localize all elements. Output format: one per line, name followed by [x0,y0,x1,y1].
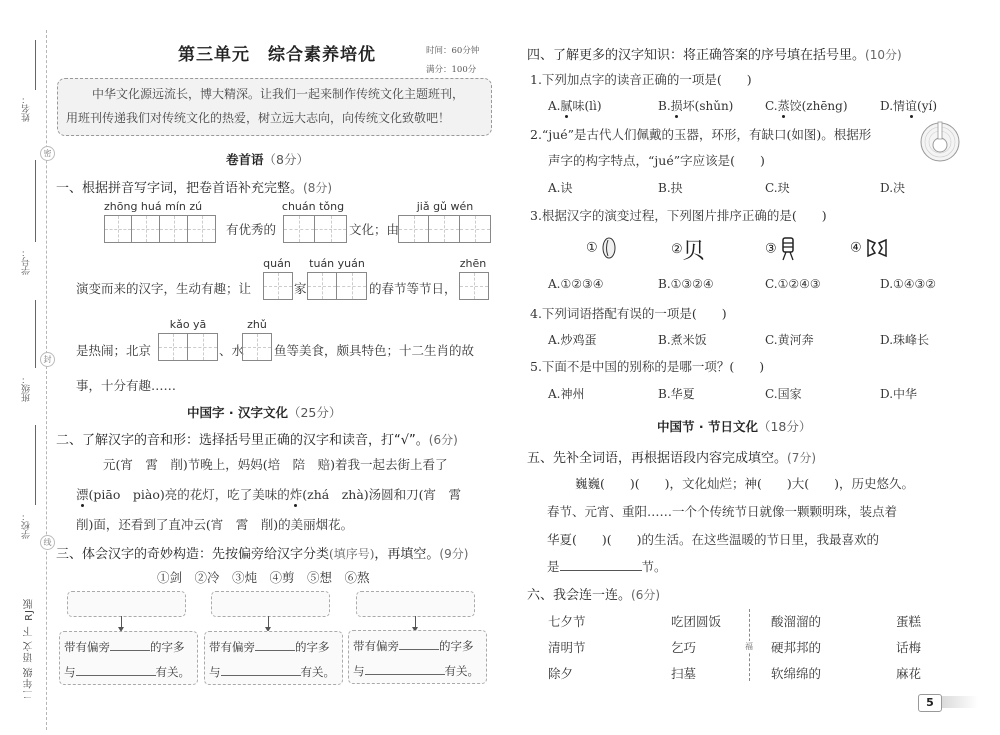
category-input-3[interactable] [356,591,475,617]
category-input-1[interactable] [67,591,186,617]
question-1-heading: 一、根据拼音写字词，把卷首语补充完整。(8分) [56,177,332,196]
school-field-label: 学校： [20,512,33,539]
answer-boxes-tuanyuan[interactable] [307,272,367,300]
match-festival-2[interactable]: 清明节 [548,638,586,656]
match-taste-2[interactable]: 硬邦邦的 [771,638,821,656]
text-segment: 家 [294,279,307,297]
q4-3-option-b[interactable]: B.①③②④ [658,277,714,291]
pinyin-quan: quán [262,257,292,270]
q4-5-option-b[interactable]: B.华夏 [658,385,695,402]
q4-2-stem-cont: 声字的构字特点，“jué”字应该是( ) [548,151,765,169]
question-2-heading: 二、了解汉字的音和形：选择括号里正确的汉字和读音，打“√”。(6分) [56,429,458,448]
q4-2-option-a[interactable]: A.诀 [548,179,572,196]
text-segment: 是热闹；北京 [76,341,151,359]
q4-2-stem[interactable]: 2.“jué”是古代人们佩戴的玉器，环形，有缺口(如图)。根据形 [530,125,871,143]
name-field-label: 姓名： [20,95,33,122]
pinyin-zhonghuaminzu: zhōng huá mín zú [104,200,224,213]
match-food-1[interactable]: 蛋糕 [896,612,921,630]
student-id-field-line[interactable] [35,160,36,242]
q4-2-option-d[interactable]: D.决 [880,179,905,196]
q4-1-option-d[interactable]: D.情谊(yí) [880,97,937,114]
q5-line-3[interactable]: 华夏( )( )的生活。在这些温暖的节日里，我最喜欢的 [547,530,879,548]
q4-2-option-b[interactable]: B.抉 [658,179,683,196]
text-segment: 演变而来的汉字，生动有趣；让 [76,279,251,297]
match-festival-3[interactable]: 除夕 [548,664,573,682]
section-title-festivals: 中国节 · 节日文化（18分） [657,417,811,435]
q4-4-option-b[interactable]: B.煮米饭 [658,331,707,348]
full-score: 满分：100分 [426,63,476,75]
match-food-2[interactable]: 话梅 [896,638,921,656]
picture-3: ③ [765,237,795,261]
pinyin-kaoya: kǎo yā [158,318,218,331]
answer-boxes-chuantong[interactable] [283,215,347,243]
class-field-line[interactable] [35,300,36,368]
picture-4: ④ [850,237,888,259]
answer-boxes-kaoya[interactable] [158,333,218,361]
q4-3-option-c[interactable]: C.①②④③ [765,277,821,291]
bei-character-glyph: 贝 [683,239,705,264]
question-5-heading: 五、先补全词语，再根据语段内容完成填空。(7分) [527,447,816,466]
q4-5-option-c[interactable]: C.国家 [765,385,802,402]
match-festival-1[interactable]: 七夕节 [548,612,586,630]
category-input-2[interactable] [211,591,330,617]
student-id-field-label: 学号： [20,248,33,275]
page-number: 5 [918,694,942,712]
picture-2: ②贝 [671,234,705,265]
text-segment: 事，十分有趣…… [76,376,176,394]
q4-3-option-d[interactable]: D.①④③② [880,277,936,291]
question-2-line-1[interactable]: 元(宵 霄 削)节晚上，妈妈(培 陪 赔)着我一起去街上看了 [103,455,448,473]
category-fill-box-2[interactable]: 带有偏旁的字多 与有关。 [204,631,343,685]
character-list: ①剑 ②冷 ③炖 ④剪 ⑤想 ⑥熬 [157,568,370,586]
match-custom-1[interactable]: 吃团圆饭 [671,612,721,630]
text-segment: 鱼等美食，颇具特色；十二生肖的故 [274,341,474,359]
section-title-preface: 卷首语（8分） [226,150,309,168]
q4-5-option-a[interactable]: A.神州 [548,385,584,402]
q4-4-option-a[interactable]: A.炒鸡蛋 [548,331,596,348]
text-segment: 的春节等节日， [369,279,457,297]
text-segment: 、水 [219,341,244,359]
question-2-line-3[interactable]: 削)面，还看到了直冲云(宵 霄 削)的美丽烟花。 [76,515,353,533]
text-segment: 文化；由 [349,220,399,238]
answer-boxes-zhonghuaminzu[interactable] [104,215,216,243]
grade-subject-label: 二年级 语文 下 RJ版 [22,598,37,699]
match-taste-3[interactable]: 软绵绵的 [771,664,821,682]
q4-1-stem[interactable]: 1.下列加点字的读音正确的一项是( ) [530,70,752,88]
cowrie-shell-icon [602,237,616,259]
class-field-label: 班级： [20,375,33,402]
arrow-down-icon [121,616,122,630]
q4-3-stem[interactable]: 3.根据汉字的演变过程，下列图片排序正确的是( ) [530,206,827,224]
match-taste-1[interactable]: 酸溜溜的 [771,612,821,630]
q5-line-4[interactable]: 是节。 [547,557,667,575]
time-limit: 时间：60分钟 [426,44,479,56]
intro-line-2: 用班刊传递我们对传统文化的热爱，树立远大志向，向传统文化致敬吧！ [58,103,491,133]
answer-boxes-jiaguwen[interactable] [398,215,491,243]
question-2-line-2[interactable]: 漂(piāo piào)亮的花灯，吃了美味的炸(zhá zhà)汤圆和刀(宵 霄 [76,485,461,503]
name-field-line[interactable] [35,40,36,90]
q4-1-option-a[interactable]: A.腻味(lì) [548,97,602,114]
q4-5-stem[interactable]: 5.下面不是中国的别称的是哪一项？( ) [530,357,764,375]
section-title-chinese-characters: 中国字 · 汉字文化（25分） [187,403,341,421]
pinyin-chuantong: chuán tǒng [281,200,345,213]
match-food-3[interactable]: 麻花 [896,664,921,682]
answer-box-zhu[interactable] [242,333,272,361]
category-fill-box-1[interactable]: 带有偏旁的字多 与有关。 [59,631,198,685]
pinyin-zhen: zhēn [457,257,489,270]
seal-mark-xian: 线 [40,535,55,550]
page-number-bar [938,696,978,708]
match-custom-3[interactable]: 扫墓 [671,664,696,682]
q4-4-stem[interactable]: 4.下列词语搭配有误的一项是( ) [530,304,727,322]
match-custom-2[interactable]: 乞巧 [671,638,696,656]
bronze-script-bei-icon [781,237,795,261]
question-6-heading: 六、我会连一连。(6分) [527,584,660,603]
arrow-down-icon [415,616,416,630]
q4-4-option-d[interactable]: D.珠峰长 [880,331,929,348]
q4-1-option-b[interactable]: B.损坏(shǔn) [658,97,733,114]
binding-dashed-line [46,30,47,730]
q4-2-option-c[interactable]: C.玦 [765,179,790,196]
q4-4-option-c[interactable]: C.黄河奔 [765,331,814,348]
picture-1: ① [586,237,616,259]
page-title: 第三单元 综合素养培优 [178,40,376,65]
pinyin-jiaguwen: jiǎ gǔ wén [400,200,490,213]
q5-line-1[interactable]: 巍巍( )( )，文化灿烂；神( )大( )，历史悠久。 [575,474,914,492]
pinyin-zhu: zhǔ [242,318,272,331]
school-field-line[interactable] [35,425,36,505]
arrow-down-icon [268,616,269,630]
seal-mark-feng: 封 [40,352,55,367]
jade-jue-ring-icon [919,121,961,163]
q4-3-option-a[interactable]: A.①②③④ [548,277,604,291]
seal-mark-mi: 密 [40,146,55,161]
category-fill-box-3[interactable]: 带有偏旁的字多 与有关。 [348,630,487,684]
question-3-heading: 三、体会汉字的奇妙构造：先按偏旁给汉字分类(填序号)，再填空。(9分) [56,543,468,562]
q4-1-option-c[interactable]: C.蒸饺(zhēng) [765,97,848,114]
divider-mark: 福 [745,641,753,652]
question-4-heading: 四、了解更多的汉字知识：将正确答案的序号填在括号里。(10分) [527,44,902,63]
answer-box-quan[interactable] [263,272,293,300]
text-segment: 有优秀的 [226,220,276,238]
oracle-bone-bei-icon [866,237,888,259]
q4-5-option-d[interactable]: D.中华 [880,385,917,402]
pinyin-tuanyuan: tuán yuán [306,257,368,270]
q5-line-2: 春节、元宵、重阳……一个个传统节日就像一颗颗明珠，装点着 [547,502,897,520]
answer-box-zhen[interactable] [459,272,489,300]
intro-box: 中华文化源远流长，博大精深。让我们一起来制作传统文化主题班刊， 用班刊传递我们对… [57,78,492,136]
